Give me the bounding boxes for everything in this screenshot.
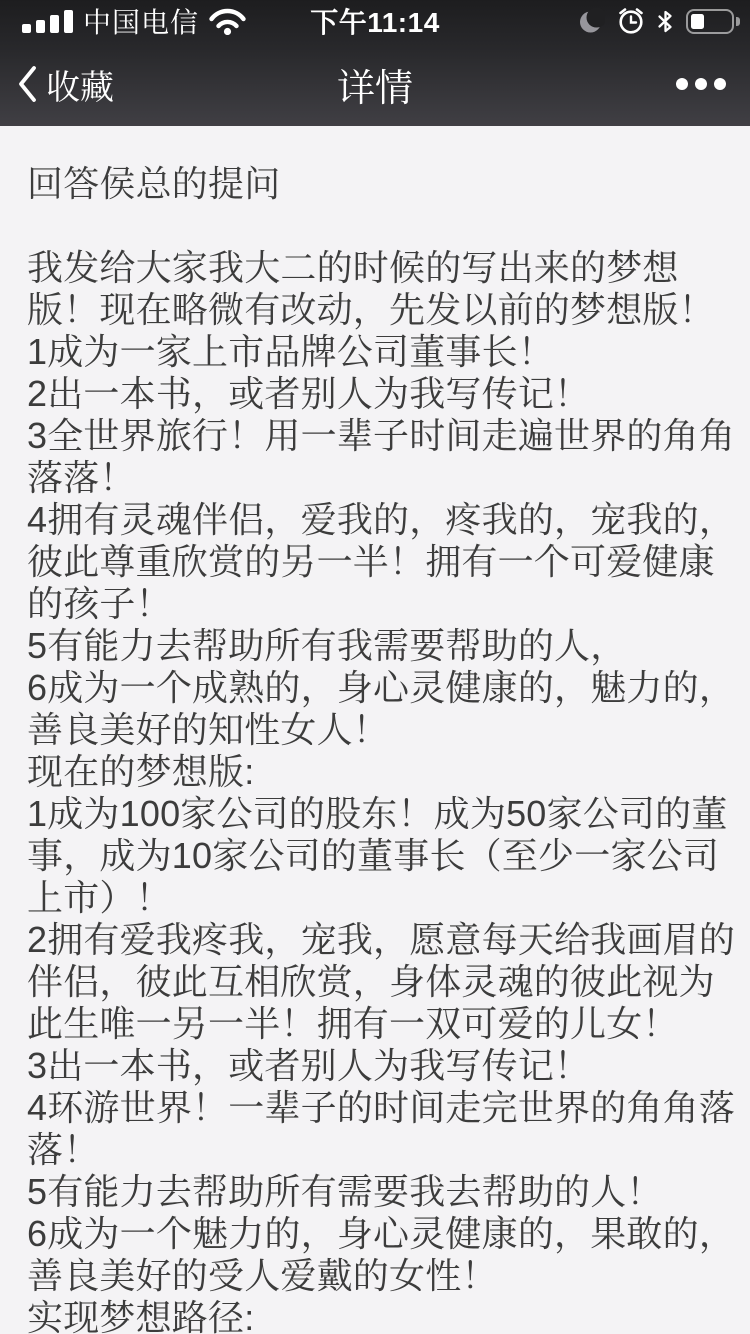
text-line: 1成为一家上市品牌公司董事长！ xyxy=(27,331,724,373)
text-line: 1成为100家公司的股东！成为50家公司的董 xyxy=(27,793,724,835)
text-line: 4拥有灵魂伴侣，爱我的，疼我的，宠我的， xyxy=(27,499,724,541)
content-lines: 回答侯总的提问 我发给大家我大二的时候的写出来的梦想版！现在略微有改动，先发以前… xyxy=(27,163,724,1334)
do-not-disturb-moon-icon xyxy=(578,8,605,35)
ellipsis-dot xyxy=(695,78,707,90)
text-line: 6成为一个成熟的，身心灵健康的，魅力的， xyxy=(27,667,724,709)
ellipsis-dot xyxy=(676,78,688,90)
header: 中国电信 下午11:14 xyxy=(0,0,750,126)
text-line: 善良美好的知性女人！ xyxy=(27,709,724,751)
text-line: 2出一本书，或者别人为我写传记！ xyxy=(27,373,724,415)
text-line: 版！现在略微有改动，先发以前的梦想版！ xyxy=(27,289,724,331)
text-line: 彼此尊重欣赏的另一半！拥有一个可爱健康 xyxy=(27,541,724,583)
text-line: 3全世界旅行！用一辈子时间走遍世界的角角 xyxy=(27,415,724,457)
status-bar: 中国电信 下午11:14 xyxy=(0,0,750,42)
ellipsis-dot xyxy=(714,78,726,90)
text-line: 6成为一个魅力的，身心灵健康的，果敢的， xyxy=(27,1213,724,1255)
alarm-clock-icon xyxy=(617,7,645,35)
text-line: 2拥有爱我疼我，宠我，愿意每天给我画眉的 xyxy=(27,919,724,961)
text-line: 实现梦想路径: xyxy=(27,1297,724,1334)
text-line: 5有能力去帮助所有我需要帮助的人， xyxy=(27,625,724,667)
text-line: 现在的梦想版: xyxy=(27,751,724,793)
battery-fill xyxy=(691,14,704,29)
text-line: 我发给大家我大二的时候的写出来的梦想 xyxy=(27,247,724,289)
text-line: 3出一本书，或者别人为我写传记！ xyxy=(27,1045,724,1087)
text-line xyxy=(27,205,724,247)
status-right-group xyxy=(578,0,740,42)
text-line: 的孩子！ xyxy=(27,583,724,625)
text-line: 回答侯总的提问 xyxy=(27,163,724,205)
nav-bar: 收藏 详情 xyxy=(0,42,750,126)
more-button[interactable] xyxy=(676,42,726,126)
page-title: 详情 xyxy=(0,42,750,126)
bluetooth-icon xyxy=(657,9,674,34)
text-line: 落！ xyxy=(27,1129,724,1171)
text-line: 伴侣，彼此互相欣赏，身体灵魂的彼此视为 xyxy=(27,961,724,1003)
text-line: 落落！ xyxy=(27,457,724,499)
text-line: 善良美好的受人爱戴的女性！ xyxy=(27,1255,724,1297)
text-line: 上市）！ xyxy=(27,877,724,919)
text-line: 5有能力去帮助所有需要我去帮助的人！ xyxy=(27,1171,724,1213)
battery-nub xyxy=(736,17,740,26)
battery-icon xyxy=(686,9,734,34)
text-line: 此生唯一另一半！拥有一双可爱的儿女！ xyxy=(27,1003,724,1045)
text-line: 事，成为10家公司的董事长（至少一家公司 xyxy=(27,835,724,877)
text-line: 4环游世界！一辈子的时间走完世界的角角落 xyxy=(27,1087,724,1129)
note-content-scroll-area[interactable]: 回答侯总的提问 我发给大家我大二的时候的写出来的梦想版！现在略微有改动，先发以前… xyxy=(0,126,750,1334)
phone-screen: 中国电信 下午11:14 xyxy=(0,0,750,1334)
